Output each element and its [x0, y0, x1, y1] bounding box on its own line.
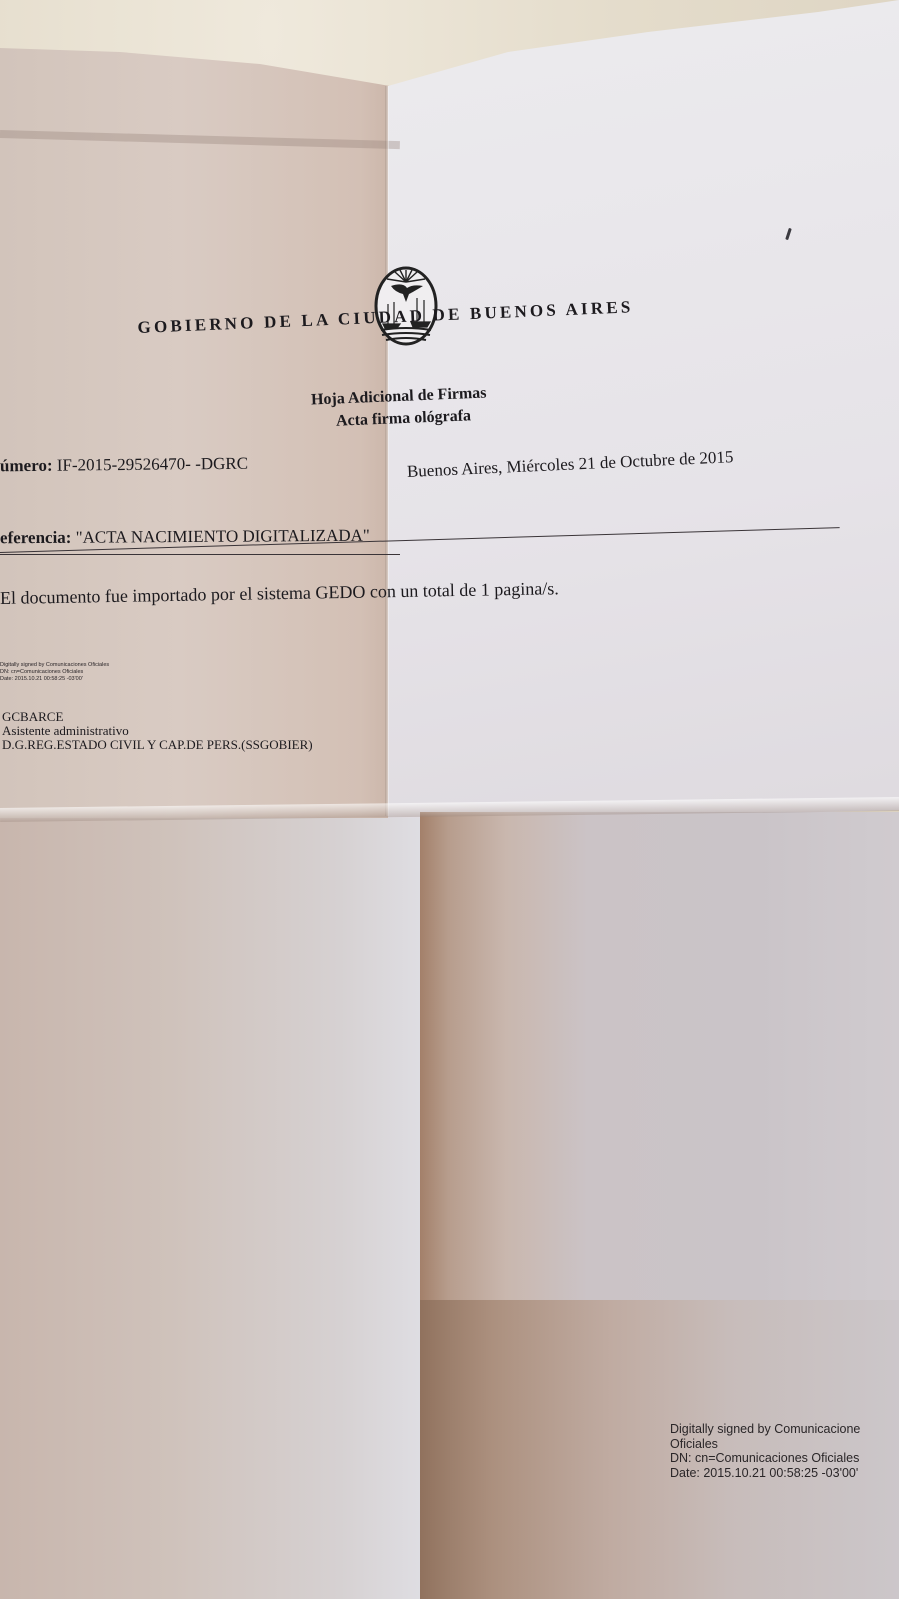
document-number: úmero: IF-2015-29526470- -DGRC — [0, 454, 248, 477]
numero-label: úmero: — [0, 456, 53, 476]
place-and-date: Buenos Aires, Miércoles 21 de Octubre de… — [407, 447, 734, 482]
numero-value: IF-2015-29526470- -DGRC — [57, 454, 248, 475]
document-subtitle: Acta firma ológrafa — [336, 407, 472, 430]
referencia-label: eferencia: — [0, 528, 71, 547]
document-sheet: GOBIERNO DE LA CIUDAD DE BUENOS AIRES Ho… — [0, 0, 899, 1599]
referencia-value: "ACTA NACIMIENTO DIGITALIZADA" — [76, 526, 370, 547]
digital-signature-stamp-footer: Digitally signed by Comunicacione Oficia… — [670, 1422, 860, 1480]
digital-signature-stamp-small: Digitally signed by Comunicaciones Ofici… — [0, 662, 109, 683]
body-text: El documento fue importado por el sistem… — [0, 578, 559, 609]
reference: eferencia: "ACTA NACIMIENTO DIGITALIZADA… — [0, 526, 370, 549]
signer-role: Asistente administrativo — [2, 724, 313, 738]
signer-department: D.G.REG.ESTADO CIVIL Y CAP.DE PERS.(SSGO… — [2, 738, 313, 752]
ink-mark — [785, 228, 792, 240]
divider-line — [0, 554, 400, 555]
coat-of-arms-icon — [373, 262, 439, 346]
signer-block: GCBARCE Asistente administrativo D.G.REG… — [2, 710, 313, 752]
signer-name: GCBARCE — [2, 710, 313, 724]
document-title: Hoja Adicional de Firmas — [311, 384, 487, 409]
